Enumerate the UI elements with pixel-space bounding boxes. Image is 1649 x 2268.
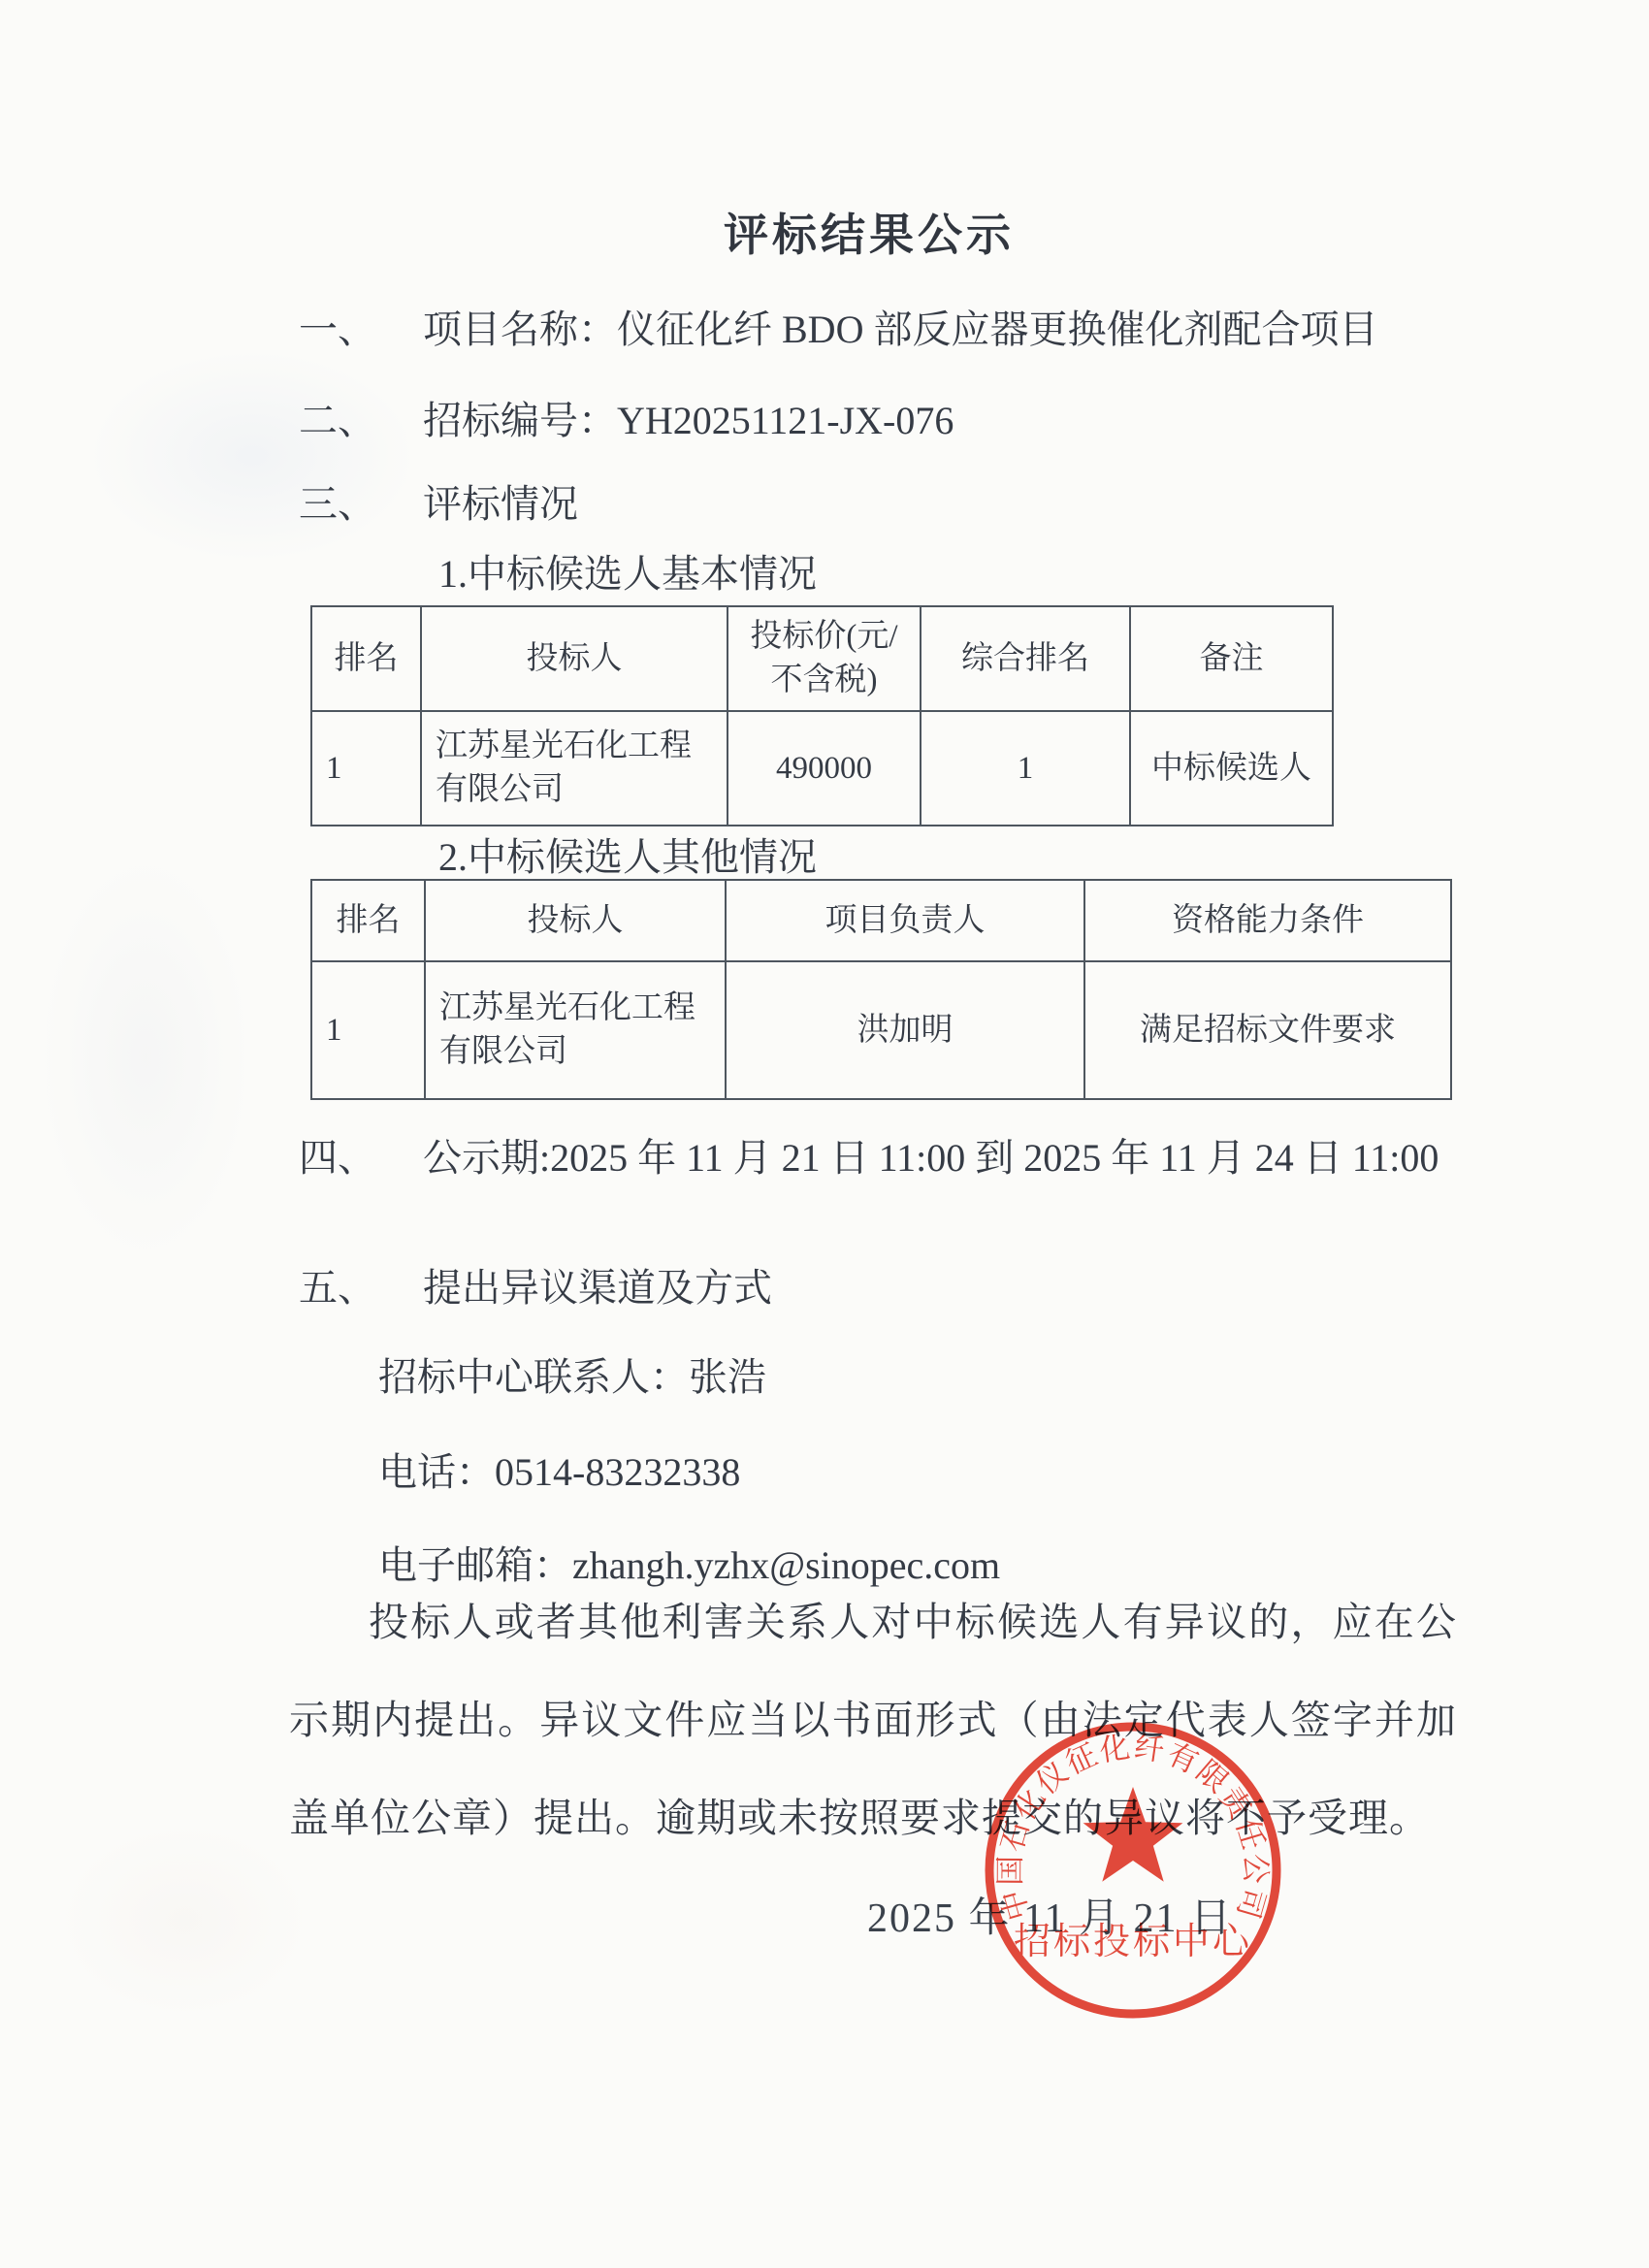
- cell-project-manager: 洪加明: [726, 961, 1084, 1099]
- cell-qualification: 满足招标文件要求: [1084, 961, 1451, 1099]
- cell-overall-rank: 1: [921, 711, 1130, 826]
- list-item-objection-channel: 五、提出异议渠道及方式: [299, 1257, 772, 1312]
- col-header-rank: 排名: [311, 880, 425, 961]
- table-row: 1 江苏星光石化工程有限公司 洪加明 满足招标文件要求: [311, 961, 1451, 1099]
- contact-phone-line: 电话：0514-83232338: [378, 1442, 740, 1497]
- item-text: 项目名称：仪征化纤 BDO 部反应器更换催化剂配合项目: [423, 308, 1377, 351]
- item-marker: 二、: [299, 390, 423, 445]
- col-header-project-manager: 项目负责人: [726, 880, 1084, 961]
- item-text: 招标编号：YH20251121-JX-076: [423, 399, 954, 442]
- document-page: 评标结果公示 一、项目名称：仪征化纤 BDO 部反应器更换催化剂配合项目 二、招…: [0, 0, 1649, 2268]
- scan-smudge: [39, 854, 252, 1261]
- list-item-publicity-period: 四、公示期:2025 年 11 月 21 日 11:00 到 2025 年 11…: [299, 1127, 1439, 1183]
- item-marker: 三、: [299, 473, 423, 529]
- col-header-bidder: 投标人: [425, 880, 726, 961]
- document-date: 2025 年 11 月 21 日: [867, 1886, 1233, 1944]
- cell-rank: 1: [311, 961, 425, 1099]
- bid-candidates-basic-table: 排名 投标人 投标价(元/不含税) 综合排名 备注 1 江苏星光石化工程有限公司…: [310, 605, 1334, 826]
- item-text: 评标情况: [423, 482, 578, 526]
- item-marker: 五、: [299, 1257, 423, 1312]
- scan-smudge: [87, 349, 417, 563]
- scan-smudge: [58, 1824, 310, 2018]
- list-item-evaluation: 三、评标情况: [299, 473, 578, 529]
- item-text: 公示期:2025 年 11 月 21 日 11:00 到 2025 年 11 月…: [423, 1136, 1439, 1180]
- col-header-rank: 排名: [311, 606, 421, 711]
- list-item-project-name: 一、项目名称：仪征化纤 BDO 部反应器更换催化剂配合项目: [299, 299, 1377, 354]
- item-marker: 四、: [299, 1127, 423, 1183]
- table-row: 1 江苏星光石化工程有限公司 490000 1 中标候选人: [311, 711, 1333, 826]
- subheading-other-info: 2.中标候选人其他情况: [438, 826, 817, 882]
- closing-paragraph: 投标人或者其他利害关系人对中标候选人有异议的，应在公示期内提出。异议文件应当以书…: [289, 1573, 1457, 1867]
- page-title: 评标结果公示: [45, 200, 1649, 264]
- col-header-bidder: 投标人: [421, 606, 727, 711]
- table-header-row: 排名 投标人 投标价(元/不含税) 综合排名 备注: [311, 606, 1333, 711]
- col-header-bid-price: 投标价(元/不含税): [727, 606, 921, 711]
- cell-bid-price: 490000: [727, 711, 921, 826]
- item-text: 提出异议渠道及方式: [423, 1266, 772, 1310]
- cell-bidder: 江苏星光石化工程有限公司: [425, 961, 726, 1099]
- col-header-qualification: 资格能力条件: [1084, 880, 1451, 961]
- list-item-tender-number: 二、招标编号：YH20251121-JX-076: [299, 390, 954, 445]
- col-header-overall-rank: 综合排名: [921, 606, 1130, 711]
- contact-person-line: 招标中心联系人：张浩: [378, 1346, 766, 1402]
- cell-rank: 1: [311, 711, 421, 826]
- subheading-basic-info: 1.中标候选人基本情况: [438, 543, 817, 599]
- bid-candidates-other-table: 排名 投标人 项目负责人 资格能力条件 1 江苏星光石化工程有限公司 洪加明 满…: [310, 879, 1452, 1100]
- table-header-row: 排名 投标人 项目负责人 资格能力条件: [311, 880, 1451, 961]
- col-header-remark: 备注: [1130, 606, 1333, 711]
- cell-remark: 中标候选人: [1130, 711, 1333, 826]
- item-marker: 一、: [299, 299, 423, 354]
- cell-bidder: 江苏星光石化工程有限公司: [421, 711, 727, 826]
